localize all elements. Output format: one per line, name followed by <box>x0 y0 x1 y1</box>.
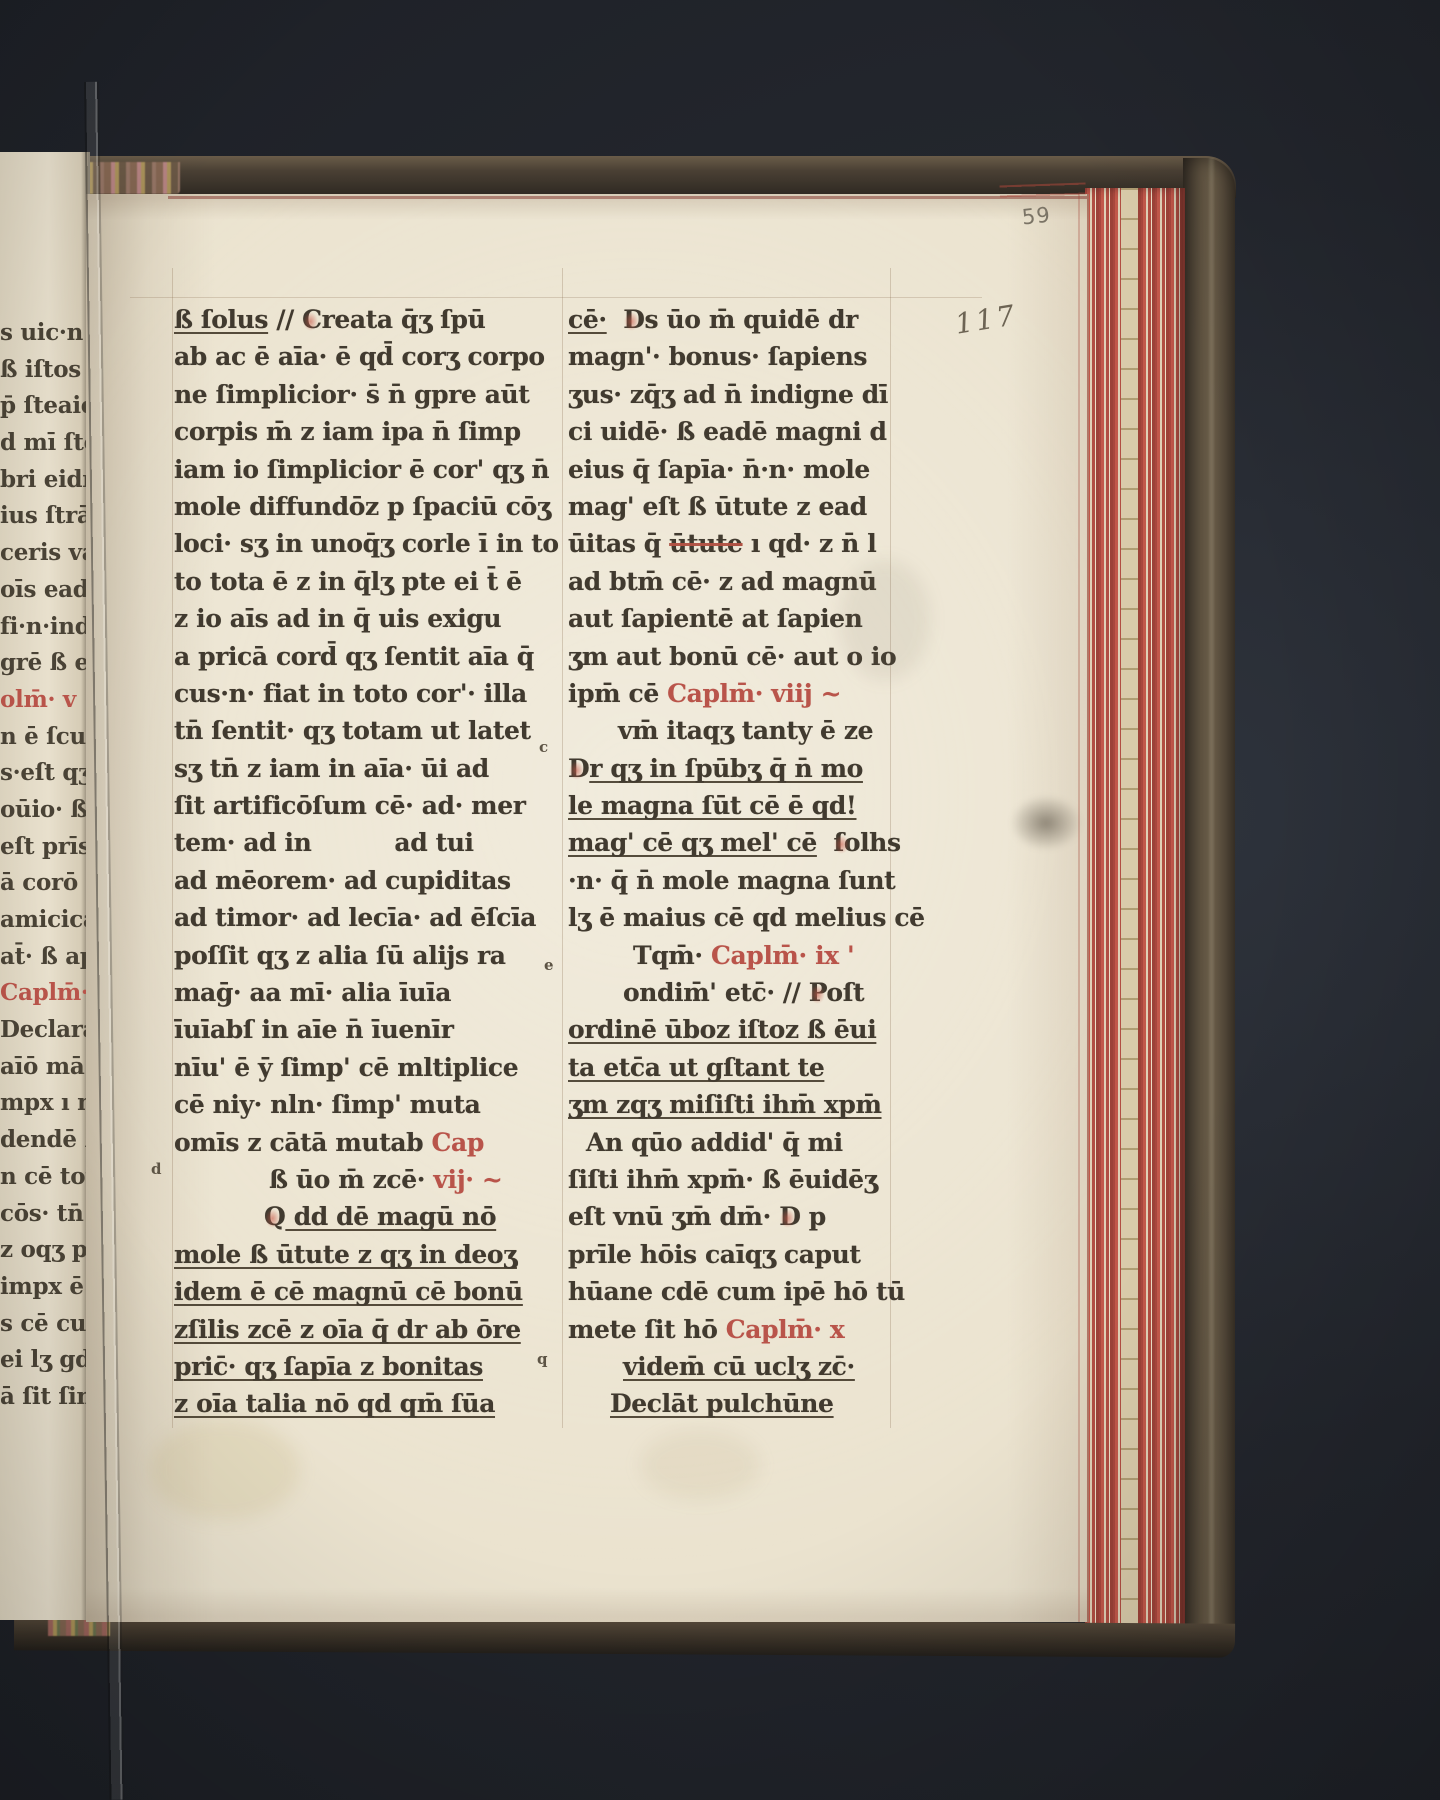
ink-text: magn'· bonus· ſapiens <box>568 342 867 371</box>
facing-text-fragment: ceris vanlʒ <box>0 535 81 572</box>
manuscript-text-line: tem· ad in ad tui <box>174 824 510 861</box>
ink-text: D <box>779 1202 800 1231</box>
ruling-line-top <box>130 297 982 298</box>
ink-text: prīle hōis caīqʒ caput <box>568 1240 861 1269</box>
facing-page-text: s uic·n dirß iſtos terp̄ ſteaie pdīd mī … <box>0 315 81 1416</box>
rubric-red-text: Cap <box>432 1128 484 1157</box>
ink-text: sʒ tn̄ z iam in aīa· ūi ad <box>174 754 489 783</box>
rubric-red-text: Caplm̄· viij ~ <box>667 679 841 708</box>
facing-text-fragment: oūio· ßt <box>0 792 81 829</box>
manuscript-text-line: ʒus· zq̄ʒ ad n̄ indigne dī <box>568 376 898 413</box>
manuscript-text-line: ſiſti ihm̄ xpm̄· ß ēuidēʒ <box>568 1161 898 1198</box>
manuscript-text-line: maḡ· aa mī· alia īuīa <box>174 974 510 1011</box>
manuscript-text-line: a pricā cord̄ qʒ ſentit aīa q̄ <box>174 638 510 675</box>
manuscript-text-line: ta etc̄a ut gſtant te <box>568 1049 898 1086</box>
manuscript-text-line: ad mēorem· ad cupiditas <box>174 862 510 899</box>
margin-note: d <box>151 1160 162 1178</box>
manuscript-text-line: nīu' ē ȳ ſimp' cē mltiplice <box>174 1049 510 1086</box>
manuscript-text-line: mete ſit hō Caplm̄· x <box>568 1311 898 1348</box>
ink-text: cus·n· fiat in toto cor'· illa <box>174 679 527 708</box>
facing-text-fragment: s cē cura ru <box>0 1306 81 1343</box>
manuscript-text-line: Dr qʒ in ſpūbʒ q̄ n̄ mo <box>568 750 898 787</box>
ink-text: D <box>568 754 589 783</box>
folio-number-pencil: 59 <box>1021 203 1052 230</box>
ink-text: ad btm̄ cē· z ad magnū <box>568 567 876 596</box>
ink-smudge <box>1010 795 1082 851</box>
ink-text: mole diffundōz p ſpaciū cōʒ <box>174 492 551 521</box>
manuscript-text-line: magn'· bonus· ſapiens <box>568 338 898 375</box>
manuscript-text-line: Declāt pulchūne <box>568 1385 898 1422</box>
ink-text <box>607 305 624 334</box>
manuscript-text-line: poſſit qʒ z alia ſū alijs ra <box>174 937 510 974</box>
facing-text-fragment: d mī ſte pū <box>0 425 81 462</box>
facing-text-fragment: at̄· ß apd̄ <box>0 939 81 976</box>
ink-text: ad mēorem· ad cupiditas <box>174 866 511 895</box>
rubric-red-text: vij· ~ <box>433 1165 502 1194</box>
manuscript-text-line: le magna ſūt cē ē qd! <box>568 787 898 824</box>
facing-text-fragment: grē ß eīmb <box>0 645 81 682</box>
ink-text: vm̄ itaqʒ tanty ē ze <box>618 716 873 745</box>
facing-text-fragment: n ē ſcus z <box>0 719 81 756</box>
ink-text: ūitas q̄ <box>568 529 669 558</box>
manuscript-photo-scene: s uic·n dirß iſtos terp̄ ſteaie pdīd mī … <box>0 0 1440 1800</box>
manuscript-text-line: mag' cē qʒ mel' cē ſolhs <box>568 824 898 861</box>
ink-text: Tqm̄· <box>633 941 711 970</box>
manuscript-text-line: ʒm zqʒ miſiſti ihm̄ xpm̄ <box>568 1086 898 1123</box>
manuscript-text-line: ß ſolus // Creata q̄ʒ ſpū <box>174 301 510 338</box>
manuscript-text-line: cē niy· nln· ſimp' muta <box>174 1086 510 1123</box>
margin-note: c <box>539 738 548 756</box>
ink-text: to tota ē z in q̄lʒ pte ei t̄ ē <box>174 567 522 596</box>
manuscript-text-line: iam io ſimplicior ē cor' qʒ n̄ <box>174 451 510 488</box>
manuscript-text-line: omīs z cātā mutab Cap <box>174 1124 510 1161</box>
ink-text: ß ſolus <box>174 305 268 334</box>
ink-text: aut ſapientē at ſapien <box>568 604 862 633</box>
manuscript-text-line: cus·n· fiat in toto cor'· illa <box>174 675 510 712</box>
manuscript-text-line: zſilis zcē z oīa q̄ dr ab ōre <box>174 1311 510 1348</box>
facing-text-fragment: impx ē mī <box>0 1269 81 1306</box>
manuscript-text-line: ab ac ē aīa· ē qd̄ corʒ corpo <box>174 338 510 375</box>
ink-text: ordinē ūboz iſtoz ß ēui <box>568 1015 876 1044</box>
ink-text: ne ſimplicior· s̄ n̄ gpre aūt <box>174 380 529 409</box>
ink-text: lʒ ē maius cē qd melius cē <box>568 903 925 932</box>
facing-page-sliver: s uic·n dirß iſtos terp̄ ſteaie pdīd mī … <box>0 152 90 1620</box>
manuscript-text-line: ūitas q̄ ūtute ı qd· z n̄ l <box>568 525 898 562</box>
ink-text: ſiſti ihm̄ xpm̄· ß ēuidēʒ <box>568 1165 878 1194</box>
manuscript-text-line: to tota ē z in q̄lʒ pte ei t̄ ē <box>174 563 510 600</box>
ink-text: ·n· q̄ n̄ mole magna ſunt <box>568 866 895 895</box>
manuscript-text-line: ſit artificōſum cē· ad· mer <box>174 787 510 824</box>
fore-edge-quire-band <box>1121 188 1138 1634</box>
manuscript-text-line: Q dd dē magū nō <box>174 1198 510 1235</box>
facing-text-fragment: oīs ead qr̄ <box>0 572 81 609</box>
ink-text: P <box>809 978 827 1007</box>
manuscript-text-line: vm̄ itaqʒ tanty ē ze <box>568 712 898 749</box>
manuscript-text-line: īuīabſ in aīe n̄ īuenīr <box>174 1011 510 1048</box>
ink-text: dd dē magū nō <box>285 1202 496 1231</box>
facing-text-fragment: fi·n·inde d <box>0 609 81 646</box>
manuscript-text-line: An qūo addid' q̄ mi <box>568 1124 898 1161</box>
ink-text: īuīabſ in aīe n̄ īuenīr <box>174 1015 454 1044</box>
manuscript-text-line: z io aīs ad in q̄ uis exigu <box>174 600 510 637</box>
manuscript-text-line: eius q̄ ſapīa· n̄·n· mole <box>568 451 898 488</box>
ink-text: idem ē cē magnū cē bonū <box>174 1277 523 1306</box>
facing-text-fragment: mpx ı m cē <box>0 1085 81 1122</box>
ink-text: ci uidē· ß eadē magni d <box>568 417 887 446</box>
ink-text: cē· <box>568 305 607 334</box>
ink-text: Q <box>264 1202 285 1231</box>
ink-text: // <box>268 305 302 334</box>
manuscript-text-line: hūane cdē cum ipē hō tū <box>568 1273 898 1310</box>
manuscript-text-line: tn̄ ſentit· qʒ totam ut latet <box>174 712 510 749</box>
ink-text: z io aīs ad in q̄ uis exigu <box>174 604 501 633</box>
ink-text: ʒm zqʒ miſiſti ihm̄ xpm̄ <box>568 1090 882 1119</box>
ink-text: z oīa talia nō qd qm̄ ſūa <box>174 1389 495 1418</box>
manuscript-text-line: cē· Ds ūo m̄ quidē dr <box>568 301 898 338</box>
parchment-stain <box>640 1430 760 1500</box>
facing-text-fragment: z oqʒ pīta r <box>0 1232 81 1269</box>
manuscript-text-line: z oīa talia nō qd qm̄ ſūa <box>174 1385 510 1422</box>
ink-text: cē niy· nln· ſimp' muta <box>174 1090 480 1119</box>
ink-text: iam io ſimplicior ē cor' qʒ n̄ <box>174 455 549 484</box>
margin-note: q <box>537 1350 548 1368</box>
ink-text: corpis m̄ z iam ipa n̄ ſimp <box>174 417 521 446</box>
manuscript-text-line: ordinē ūboz iſtoz ß ēui <box>568 1011 898 1048</box>
facing-text-fragment: eſt prīs z <box>0 829 81 866</box>
ink-text: le magna ſūt cē ē qd! <box>568 791 856 820</box>
ink-text: reata q̄ʒ ſpū <box>322 305 486 334</box>
manuscript-text-line: ipm̄ cē Caplm̄· viij ~ <box>568 675 898 712</box>
column-right: cē· Ds ūo m̄ quidē drmagn'· bonus· ſapie… <box>568 301 898 1423</box>
margin-note: e <box>544 956 554 974</box>
manuscript-text-line: ad timor· ad lecīa· ad ēſcīa <box>174 899 510 936</box>
ink-text: mag' cē qʒ mel' cē <box>568 828 817 857</box>
ink-text: ta etc̄a ut gſtant te <box>568 1053 824 1082</box>
ink-text: loci· sʒ in unoq̄ʒ corle ī in to <box>174 529 559 558</box>
ruling-line-left <box>172 268 173 1428</box>
ink-text: An qūo addid' q̄ mi <box>586 1128 843 1157</box>
ink-text: pric̄· qʒ ſapīa z bonitas <box>174 1352 483 1381</box>
ink-text: r qʒ in ſpūbʒ q̄ n̄ mo <box>589 754 863 783</box>
manuscript-text-line: pric̄· qʒ ſapīa z bonitas <box>174 1348 510 1385</box>
facing-rubric-fragment: olm̄· v ~ <box>0 682 81 719</box>
manuscript-text-line: idem ē cē magnū cē bonū <box>174 1273 510 1310</box>
manuscript-text-line: ci uidē· ß eadē magni d <box>568 413 898 450</box>
rubric-red-text: Caplm̄· x <box>726 1315 845 1344</box>
facing-text-fragment: ā ſit ſimpl <box>0 1379 81 1416</box>
manuscript-text-line: ·n· q̄ n̄ mole magna ſunt <box>568 862 898 899</box>
ink-text: ʒus· zq̄ʒ ad n̄ indigne dī <box>568 380 888 409</box>
facing-text-fragment: s·eſt qʒ ā <box>0 755 81 792</box>
ink-text: ſ <box>833 828 843 857</box>
ink-text: mete ſit hō <box>568 1315 726 1344</box>
ink-text: videm̄ cū uclʒ zc̄· <box>623 1352 855 1381</box>
facing-text-fragment: dendē ß p <box>0 1122 81 1159</box>
parchment-stain <box>150 1420 300 1520</box>
ink-text: olhs <box>844 828 901 857</box>
manuscript-text-line: eſt vnū ʒm̄ dm̄· D p <box>568 1198 898 1235</box>
manuscript-text-line: corpis m̄ z iam ipa n̄ ſimp <box>174 413 510 450</box>
manuscript-text-line: lʒ ē maius cē qd melius cē <box>568 899 898 936</box>
ink-text: D <box>623 305 644 334</box>
ink-text: s ūo m̄ quidē dr <box>645 305 858 334</box>
ink-text: eſt vnū ʒm̄ dm̄· <box>568 1202 779 1231</box>
red-strikethrough-text: ūtute <box>669 529 742 558</box>
manuscript-text-line: ne ſimplicior· s̄ n̄ gpre aūt <box>174 376 510 413</box>
facing-text-fragment: amicicas <box>0 902 81 939</box>
facing-text-fragment: s uic·n dir <box>0 315 81 352</box>
fore-edge-red-pages <box>1085 188 1185 1634</box>
facing-text-fragment: ei lʒ gduē <box>0 1342 81 1379</box>
ink-text: p <box>800 1202 825 1231</box>
facing-text-fragment: ā corō ōſtr <box>0 865 81 902</box>
ink-text: eius q̄ ſapīa· n̄·n· mole <box>568 455 870 484</box>
ink-text: zſilis zcē z oīa q̄ dr ab ōre <box>174 1315 521 1344</box>
facing-text-fragment: Declarat <box>0 1012 81 1049</box>
ink-text: ſit artificōſum cē· ad· mer <box>174 791 526 820</box>
manuscript-text-line: sʒ tn̄ z iam in aīa· ūi ad <box>174 750 510 787</box>
ink-text <box>817 828 834 857</box>
ink-text: tn̄ ſentit· qʒ totam ut latet <box>174 716 531 745</box>
ink-text: Declāt pulchūne <box>610 1389 834 1418</box>
parchment-stain <box>840 560 930 680</box>
ink-text: poſſit qʒ z alia ſū alijs ra <box>174 941 506 970</box>
facing-rubric-fragment: Caplm̄· vi <box>0 975 81 1012</box>
ink-text: ondim̄' etc̄· // <box>623 978 809 1007</box>
rubric-red-text: Caplm̄· ix ' <box>711 941 854 970</box>
facing-text-fragment: ius ſtrād p <box>0 498 81 535</box>
ink-text: C <box>302 305 322 334</box>
manuscript-text-line: mole ß ūtute z qʒ in deoʒ <box>174 1236 510 1273</box>
manuscript-text-line: ß ūo m̄ zcē· vij· ~ <box>174 1161 510 1198</box>
manuscript-text-line: mag' eſt ß ūtute z ead <box>568 488 898 525</box>
book-right-cover <box>1183 158 1235 1654</box>
ink-text: oſt <box>826 978 864 1007</box>
ink-text: mag' eſt ß ūtute z ead <box>568 492 867 521</box>
ink-text: omīs z cātā mutab <box>174 1128 432 1157</box>
manuscript-text-line: loci· sʒ in unoq̄ʒ corle ī in to <box>174 525 510 562</box>
ink-text: tem· ad in ad tui <box>174 828 474 857</box>
ink-text: ı qd· z n̄ l <box>743 529 877 558</box>
book-bottom-cover-edge <box>14 1616 1235 1657</box>
ink-text: mole ß ūtute z qʒ in deoʒ <box>174 1240 517 1269</box>
ink-text: nīu' ē ȳ ſimp' cē mltiplice <box>174 1053 518 1082</box>
facing-text-fragment: aīō mā ſic <box>0 1049 81 1086</box>
ink-text: a pricā cord̄ qʒ ſentit aīa q̄ <box>174 642 534 671</box>
manuscript-text-line: videm̄ cū uclʒ zc̄· <box>568 1348 898 1385</box>
facing-text-fragment: cōs· tn̄ io <box>0 1196 81 1233</box>
column-left: ß ſolus // Creata q̄ʒ ſpūab ac ē aīa· ē … <box>174 301 510 1423</box>
facing-text-fragment: p̄ ſteaie pdī <box>0 388 81 425</box>
manuscript-text-line: ondim̄' etc̄· // Poſt <box>568 974 898 1011</box>
ink-text: ab ac ē aīa· ē qd̄ corʒ corpo <box>174 342 545 371</box>
manuscript-text-line: mole diffundōz p ſpaciū cōʒ <box>174 488 510 525</box>
ink-text: hūane cdē cum ipē hō tū <box>568 1277 905 1306</box>
ink-text: ad timor· ad lecīa· ad ēſcīa <box>174 903 536 932</box>
manuscript-text-line: Tqm̄· Caplm̄· ix ' <box>568 937 898 974</box>
facing-text-fragment: n cē toto ē <box>0 1159 81 1196</box>
facing-text-fragment: ß iſtos ter <box>0 352 81 389</box>
ink-text: maḡ· aa mī· alia īuīa <box>174 978 451 1007</box>
ink-text: ß ūo m̄ zcē· <box>269 1165 433 1194</box>
facing-text-fragment: bri eidme r <box>0 462 81 499</box>
ruling-line-center <box>562 268 563 1428</box>
ink-text: ipm̄ cē <box>568 679 667 708</box>
manuscript-text-line: prīle hōis caīqʒ caput <box>568 1236 898 1273</box>
